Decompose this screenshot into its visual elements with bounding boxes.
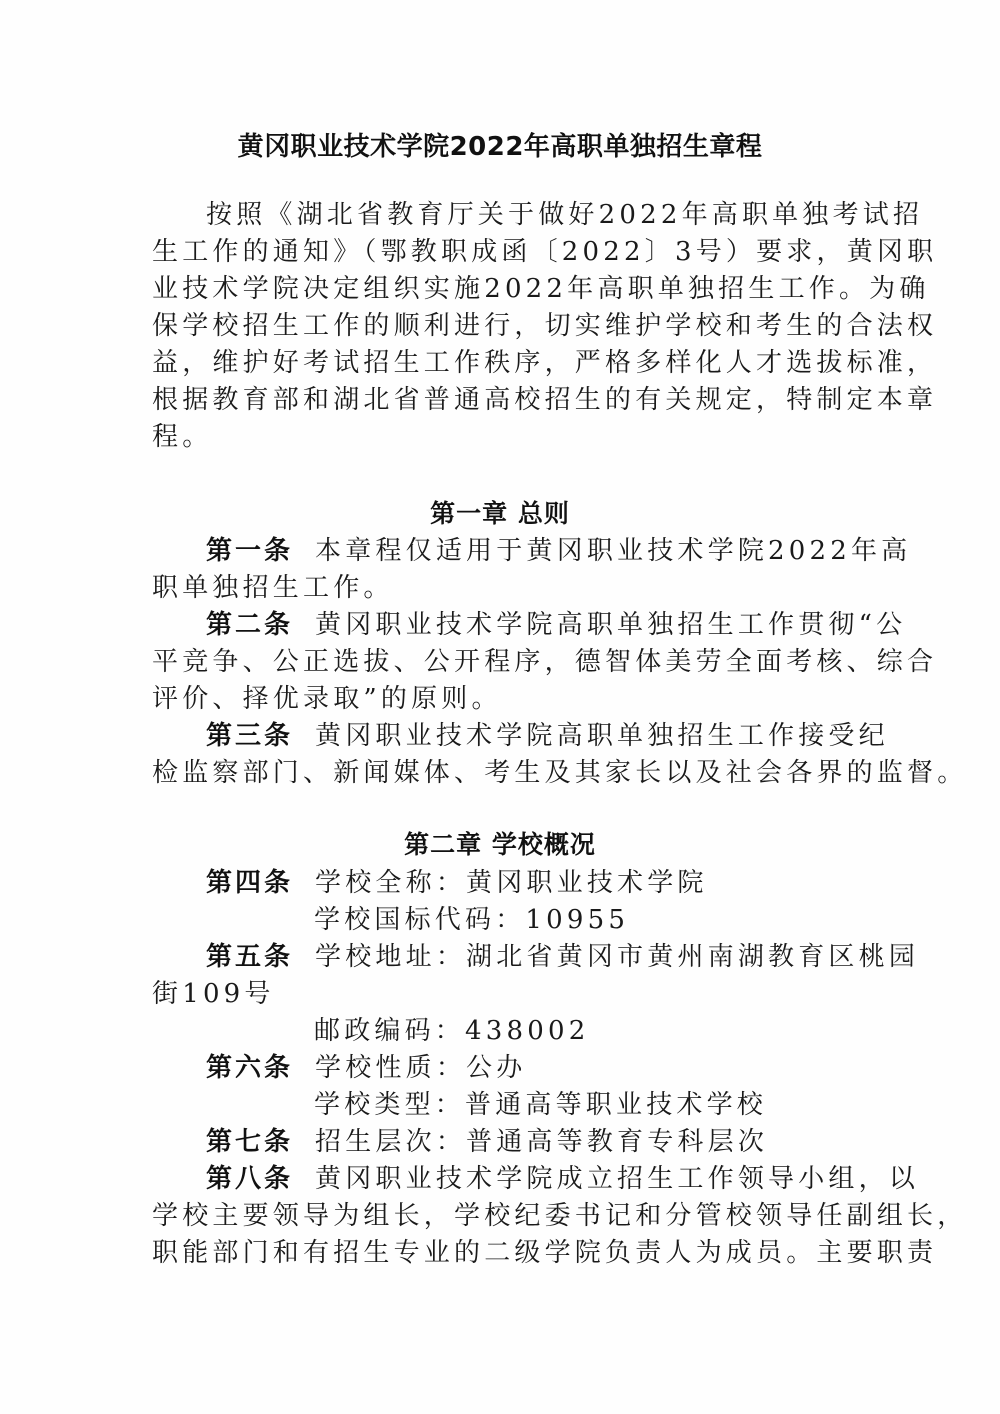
article-label: 第二条: [206, 610, 293, 640]
article-text-line: 检监察部门、新闻媒体、考生及其家长以及社会各界的监督。: [152, 756, 852, 790]
article-label: 第五条: [206, 942, 293, 972]
article-4: 第四条学校全称：黄冈职业技术学院: [206, 866, 906, 900]
preamble-line: 保学校招生工作的顺利进行，切实维护学校和考生的合法权: [152, 309, 852, 343]
document-title: 黄冈职业技术学院2022年高职单独招生章程: [0, 130, 1000, 164]
article-label: 第六条: [206, 1053, 293, 1083]
article-7: 第七条招生层次：普通高等教育专科层次: [206, 1125, 906, 1159]
article-5: 第五条学校地址：湖北省黄冈市黄州南湖教育区桃园: [206, 940, 906, 974]
article-label: 第八条: [206, 1164, 293, 1194]
document-page: 黄冈职业技术学院2022年高职单独招生章程 按照《湖北省教育厅关于做好2022年…: [0, 0, 1000, 1414]
article-text: 招生层次：普通高等教育专科层次: [315, 1127, 768, 1157]
article-label: 第七条: [206, 1127, 293, 1157]
preamble-line: 业技术学院决定组织实施2022年高职单独招生工作。为确: [152, 272, 852, 306]
article-6: 第六条学校性质：公办: [206, 1051, 906, 1085]
article-text-line: 学校类型：普通高等职业技术学校: [314, 1088, 1000, 1122]
article-label: 第四条: [206, 868, 293, 898]
article-text: 本章程仅适用于黄冈职业技术学院2022年高: [315, 536, 911, 566]
article-text: 学校全称：黄冈职业技术学院: [315, 868, 708, 898]
article-text-line: 街109号: [152, 977, 852, 1011]
article-text: 黄冈职业技术学院高职单独招生工作接受纪: [315, 721, 889, 751]
article-label: 第一条: [206, 536, 293, 566]
article-text-line: 职能部门和有招生专业的二级学院负责人为成员。主要职责: [152, 1236, 852, 1270]
preamble-line: 益，维护好考试招生工作秩序，严格多样化人才选拔标准，: [152, 346, 852, 380]
article-3: 第三条黄冈职业技术学院高职单独招生工作接受纪: [206, 719, 906, 753]
article-text-line: 平竞争、公正选拔、公开程序，德智体美劳全面考核、综合: [152, 645, 852, 679]
preamble-line: 根据教育部和湖北省普通高校招生的有关规定，特制定本章: [152, 383, 852, 417]
article-text-line: 职单独招生工作。: [152, 571, 852, 605]
article-text-line: 学校主要领导为组长，学校纪委书记和分管校领导任副组长，: [152, 1199, 852, 1233]
article-text: 学校性质：公办: [315, 1053, 526, 1083]
article-1: 第一条本章程仅适用于黄冈职业技术学院2022年高: [206, 534, 906, 568]
preamble-line: 按照《湖北省教育厅关于做好2022年高职单独考试招: [206, 198, 906, 232]
article-text-line: 学校国标代码：10955: [314, 903, 1000, 937]
preamble-line: 程。: [152, 420, 852, 454]
article-text: 黄冈职业技术学院高职单独招生工作贯彻“公: [315, 610, 906, 640]
article-2: 第二条黄冈职业技术学院高职单独招生工作贯彻“公: [206, 608, 906, 642]
chapter-heading: 第一章 总则: [0, 497, 1000, 531]
article-text: 学校地址：湖北省黄冈市黄州南湖教育区桃园: [315, 942, 919, 972]
preamble-line: 生工作的通知》（鄂教职成函〔2022〕3号）要求，黄冈职: [152, 235, 852, 269]
article-text: 黄冈职业技术学院成立招生工作领导小组，以: [315, 1164, 919, 1194]
article-text-line: 邮政编码：438002: [314, 1014, 1000, 1048]
article-8: 第八条黄冈职业技术学院成立招生工作领导小组，以: [206, 1162, 906, 1196]
article-label: 第三条: [206, 721, 293, 751]
article-text-line: 评价、择优录取”的原则。: [152, 682, 852, 716]
chapter-heading: 第二章 学校概况: [0, 828, 1000, 862]
